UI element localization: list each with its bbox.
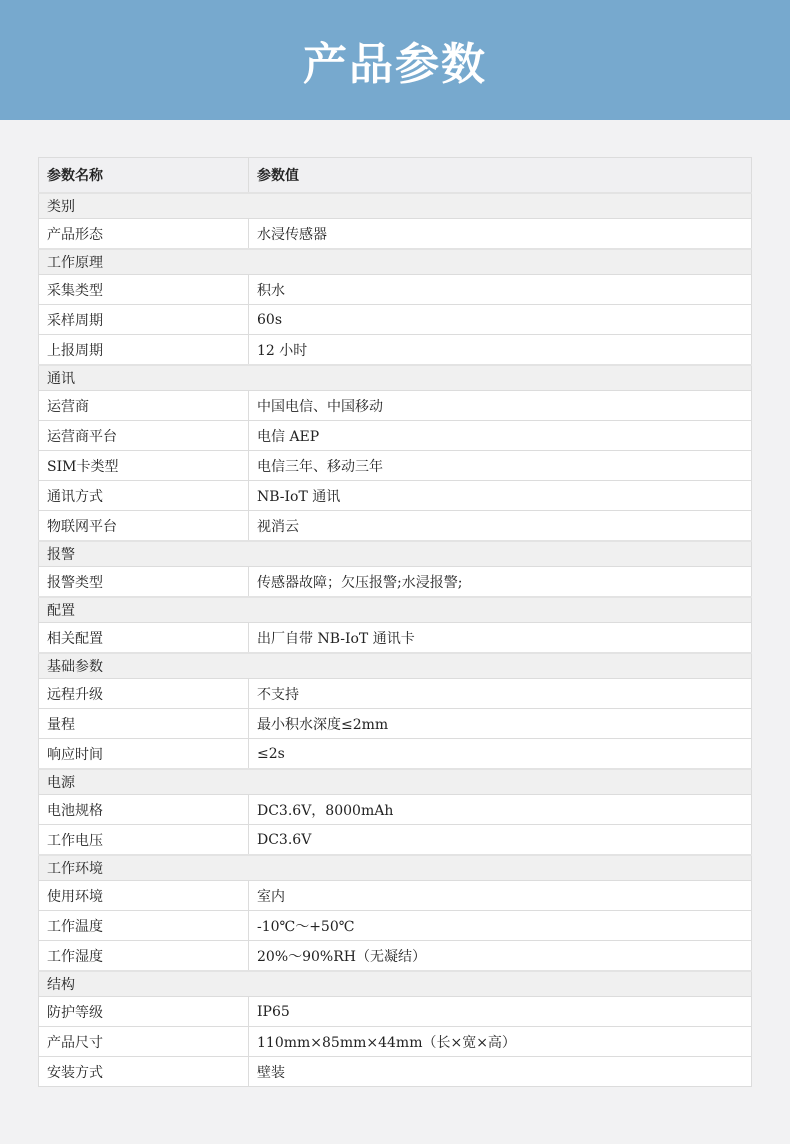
params-table: 参数名称 参数值 类别产品形态水浸传感器工作原理采集类型积水采样周期60s上报周… [38,157,752,1087]
table-row: 采样周期60s [39,305,752,335]
table-row: 相关配置出厂自带 NB-IoT 通讯卡 [39,623,752,654]
param-name: 使用环境 [39,881,249,911]
param-name: 远程升级 [39,679,249,709]
section-row: 类别 [39,193,752,219]
param-name: 产品形态 [39,219,249,250]
param-name: SIM卡类型 [39,451,249,481]
table-row: 产品形态水浸传感器 [39,219,752,250]
section-row: 通讯 [39,365,752,391]
table-row: 产品尺寸110mm×85mm×44mm（长×宽×高） [39,1027,752,1057]
param-name: 工作电压 [39,825,249,856]
table-row: 远程升级不支持 [39,679,752,709]
title-banner: 产品参数 [0,0,790,120]
param-name: 工作温度 [39,911,249,941]
param-name: 通讯方式 [39,481,249,511]
param-name: 安装方式 [39,1057,249,1087]
param-value: 110mm×85mm×44mm（长×宽×高） [249,1027,752,1057]
param-value: 电信三年、移动三年 [249,451,752,481]
section-title: 工作环境 [39,855,752,881]
section-row: 配置 [39,597,752,623]
table-header-row: 参数名称 参数值 [39,158,752,194]
param-name: 量程 [39,709,249,739]
section-row: 工作环境 [39,855,752,881]
param-value: DC3.6V，8000mAh [249,795,752,825]
param-value: 20%～90%RH（无凝结） [249,941,752,972]
param-value: 最小积水深度≤2mm [249,709,752,739]
header-param-name: 参数名称 [39,158,249,194]
param-value: ≤2s [249,739,752,770]
page-title: 产品参数 [303,28,487,92]
param-value: NB-IoT 通讯 [249,481,752,511]
section-title: 工作原理 [39,249,752,275]
param-value: -10℃～+50℃ [249,911,752,941]
param-value: 出厂自带 NB-IoT 通讯卡 [249,623,752,654]
section-title: 通讯 [39,365,752,391]
table-row: 防护等级IP65 [39,997,752,1027]
table-row: SIM卡类型电信三年、移动三年 [39,451,752,481]
table-row: 运营商中国电信、中国移动 [39,391,752,421]
table-row: 响应时间≤2s [39,739,752,770]
section-title: 报警 [39,541,752,567]
table-row: 工作温度-10℃～+50℃ [39,911,752,941]
params-table-container: 参数名称 参数值 类别产品形态水浸传感器工作原理采集类型积水采样周期60s上报周… [38,157,752,1087]
table-row: 使用环境室内 [39,881,752,911]
param-name: 报警类型 [39,567,249,598]
section-row: 电源 [39,769,752,795]
table-row: 安装方式壁装 [39,1057,752,1087]
table-row: 上报周期12 小时 [39,335,752,366]
table-row: 量程最小积水深度≤2mm [39,709,752,739]
section-title: 类别 [39,193,752,219]
param-name: 运营商 [39,391,249,421]
table-row: 通讯方式NB-IoT 通讯 [39,481,752,511]
section-title: 配置 [39,597,752,623]
section-row: 基础参数 [39,653,752,679]
param-name: 电池规格 [39,795,249,825]
param-value: 中国电信、中国移动 [249,391,752,421]
param-name: 运营商平台 [39,421,249,451]
param-name: 物联网平台 [39,511,249,542]
section-title: 基础参数 [39,653,752,679]
table-row: 电池规格DC3.6V，8000mAh [39,795,752,825]
section-row: 报警 [39,541,752,567]
param-value: 传感器故障；欠压报警;水浸报警; [249,567,752,598]
param-value: 视消云 [249,511,752,542]
param-value: IP65 [249,997,752,1027]
table-row: 报警类型传感器故障；欠压报警;水浸报警; [39,567,752,598]
header-param-value: 参数值 [249,158,752,194]
section-title: 结构 [39,971,752,997]
section-row: 工作原理 [39,249,752,275]
param-value: 积水 [249,275,752,305]
section-row: 结构 [39,971,752,997]
param-value: DC3.6V [249,825,752,856]
table-row: 工作电压DC3.6V [39,825,752,856]
table-row: 物联网平台视消云 [39,511,752,542]
param-name: 采集类型 [39,275,249,305]
table-row: 工作湿度20%～90%RH（无凝结） [39,941,752,972]
param-value: 12 小时 [249,335,752,366]
param-name: 响应时间 [39,739,249,770]
param-value: 不支持 [249,679,752,709]
param-name: 工作湿度 [39,941,249,972]
param-name: 上报周期 [39,335,249,366]
param-name: 相关配置 [39,623,249,654]
param-name: 采样周期 [39,305,249,335]
param-value: 60s [249,305,752,335]
param-value: 电信 AEP [249,421,752,451]
section-title: 电源 [39,769,752,795]
table-row: 运营商平台电信 AEP [39,421,752,451]
param-value: 壁装 [249,1057,752,1087]
param-value: 水浸传感器 [249,219,752,250]
table-row: 采集类型积水 [39,275,752,305]
param-name: 防护等级 [39,997,249,1027]
param-name: 产品尺寸 [39,1027,249,1057]
param-value: 室内 [249,881,752,911]
